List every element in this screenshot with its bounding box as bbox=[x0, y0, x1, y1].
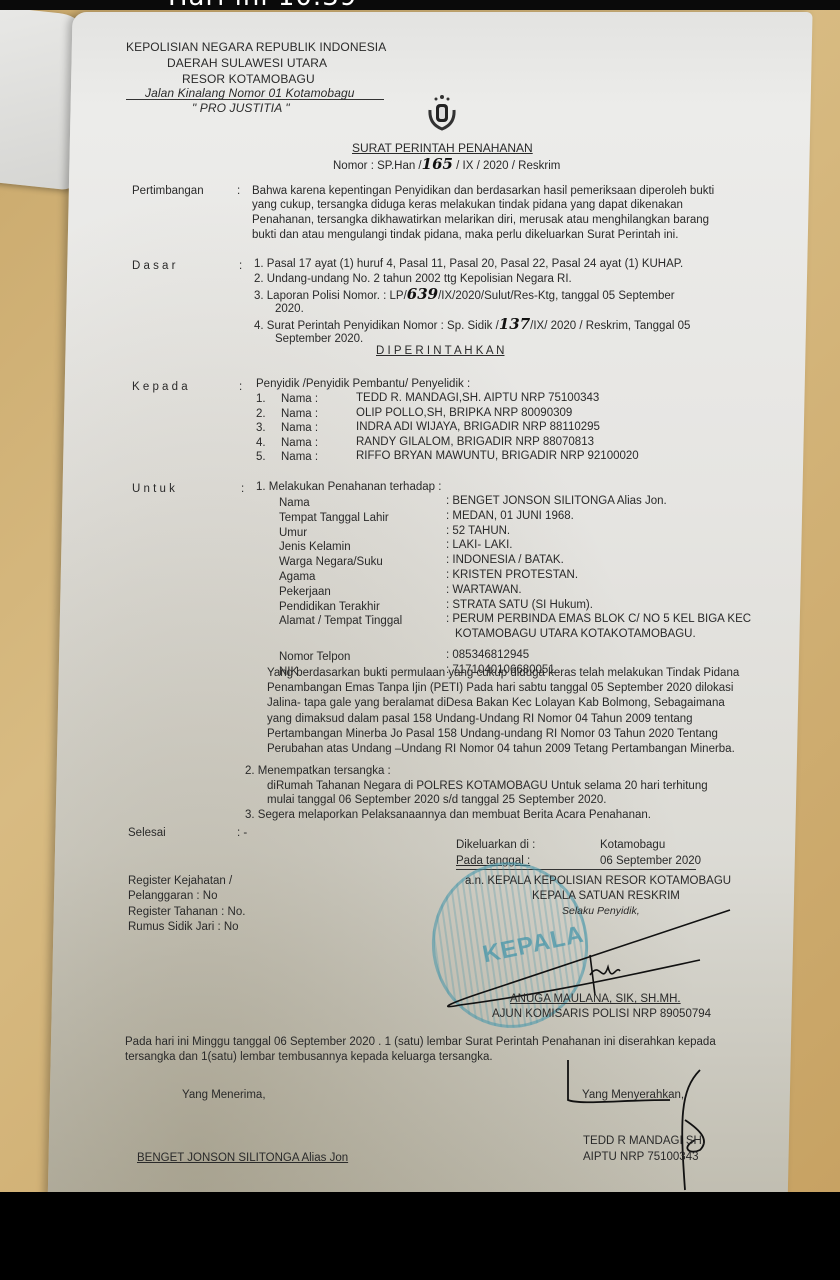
issued-place-value: Kotamobagu bbox=[600, 838, 665, 852]
bottom-black-area bbox=[0, 1192, 840, 1280]
diperintahkan-heading: D I P E R I N T A H K A N bbox=[376, 344, 504, 358]
document-number: Nomor : SP.Han /165 / IX / 2020 / Reskri… bbox=[333, 157, 560, 173]
dasar-label: D a s a r bbox=[132, 259, 175, 273]
suspect-field-value: : INDONESIA / BATAK. bbox=[446, 553, 564, 567]
header-motto: " PRO JUSTITIA " bbox=[192, 101, 290, 115]
officer-label: Nama : bbox=[281, 392, 318, 406]
suspect-field-label: Alamat / Tempat Tinggal bbox=[279, 614, 402, 628]
offense-paragraph-line: Perubahan atas Undang –Undang RI Nomor 0… bbox=[267, 742, 735, 756]
officer-number: 3. bbox=[256, 421, 266, 435]
officer-number: 1. bbox=[256, 392, 266, 406]
document-title: SURAT PERINTAH PENAHANAN bbox=[352, 141, 533, 155]
pertimbangan-line: Bahwa karena kepentingan Penyidikan dan … bbox=[252, 184, 714, 198]
offense-paragraph-line: Pertambangan Minerba Jo Pasal 158 Undang… bbox=[267, 727, 718, 741]
pertimbangan-line: bukti dan atau mengulangi tindak pidana,… bbox=[252, 228, 678, 242]
suspect-field-value: : MEDAN, 01 JUNI 1968. bbox=[446, 509, 574, 523]
register-line: Register Kejahatan / bbox=[128, 874, 232, 888]
status-text: Hari ini 10.39 bbox=[168, 0, 357, 12]
register-line: Register Tahanan : No. bbox=[128, 905, 245, 919]
status-bar bbox=[0, 0, 840, 10]
officer-value: TEDD R. MANDAGI,SH. AIPTU NRP 75100343 bbox=[356, 391, 599, 405]
suspect-field-value: : KRISTEN PROTESTAN. bbox=[446, 568, 578, 582]
officer-value: OLIP POLLO,SH, BRIPKA NRP 80090309 bbox=[356, 406, 572, 420]
suspect-field-label: Jenis Kelamin bbox=[279, 540, 351, 554]
issued-place-label: Dikeluarkan di : bbox=[456, 838, 535, 852]
suspect-field-label: Warga Negara/Suku bbox=[279, 555, 383, 569]
signatory-line: KEPALA SATUAN RESKRIM bbox=[532, 889, 680, 903]
untuk-item-2-line: mulai tanggal 06 September 2020 s/d tang… bbox=[267, 793, 607, 807]
untuk-label: U n t u k bbox=[132, 482, 175, 496]
suspect-field-label: Agama bbox=[279, 570, 315, 584]
officer-value: INDRA ADI WIJAYA, BRIGADIR NRP 88110295 bbox=[356, 420, 600, 434]
header-institution: KEPOLISIAN NEGARA REPUBLIK INDONESIA bbox=[126, 40, 386, 54]
officer-label: Nama : bbox=[281, 436, 318, 450]
untuk-item-2-line: diRumah Tahanan Negara di POLRES KOTAMOB… bbox=[267, 779, 792, 793]
suspect-field-label: Umur bbox=[279, 526, 307, 540]
offense-paragraph-line: Jalina- tapa gale yang beralamat diDesa … bbox=[267, 696, 725, 710]
officer-label: Nama : bbox=[281, 450, 318, 464]
untuk-item-3: 3. Segera melaporkan Pelaksanaannya dan … bbox=[245, 808, 651, 822]
kepada-intro: Penyidik /Penyidik Pembantu/ Penyelidik … bbox=[256, 377, 470, 391]
dasar-item: 1. Pasal 17 ayat (1) huruf 4, Pasal 11, … bbox=[254, 257, 683, 271]
untuk-item-2: 2. Menempatkan tersangka : bbox=[245, 764, 391, 778]
dasar-item: 4. Surat Perintah Penyidikan Nomor : Sp.… bbox=[254, 317, 690, 333]
dasar-item: 2020. bbox=[275, 302, 304, 316]
dasar-item: September 2020. bbox=[275, 332, 363, 346]
suspect-field-label: Tempat Tanggal Lahir bbox=[279, 511, 389, 525]
suspect-field-value: : BENGET JONSON SILITONGA Alias Jon. bbox=[446, 494, 667, 508]
selesai-label: Selesai bbox=[128, 826, 166, 840]
officer-number: 4. bbox=[256, 436, 266, 450]
receiver-label: Yang Menerima, bbox=[182, 1088, 266, 1102]
detention-order-document: KEPOLISIAN NEGARA REPUBLIK INDONESIA DAE… bbox=[0, 0, 840, 1192]
suspect-field-value: : LAKI- LAKI. bbox=[446, 538, 512, 552]
selesai-value: : - bbox=[237, 826, 247, 840]
suspect-field-value: : 085346812945 bbox=[446, 648, 529, 662]
suspect-field-value: : WARTAWAN. bbox=[446, 583, 522, 597]
closing-line: Pada hari ini Minggu tanggal 06 Septembe… bbox=[125, 1035, 716, 1049]
suspect-field-label: Pekerjaan bbox=[279, 585, 331, 599]
officer-value: RIFFO BRYAN MAWUNTU, BRIGADIR NRP 921000… bbox=[356, 449, 639, 463]
police-emblem-icon bbox=[425, 92, 459, 132]
officer-label: Nama : bbox=[281, 421, 318, 435]
register-line: Pelanggaran : No bbox=[128, 889, 218, 903]
closing-line: tersangka dan 1(satu) lembar tembusannya… bbox=[125, 1050, 493, 1064]
offense-paragraph-line: yang dimaksud dalam pasal 158 Undang-Und… bbox=[267, 712, 693, 726]
offense-paragraph-line: Penambangan Emas Tanpa Ijin (PETI) Pada … bbox=[267, 681, 733, 695]
giver-rank: AIPTU NRP 75100343 bbox=[583, 1150, 699, 1164]
suspect-field-label: Nomor Telpon bbox=[279, 650, 350, 664]
signatory-line: a.n. KEPALA KEPOLISIAN RESOR KOTAMOBAGU bbox=[465, 874, 731, 888]
receiver-name: BENGET JONSON SILITONGA Alias Jon bbox=[137, 1151, 348, 1165]
register-line: Rumus Sidik Jari : No bbox=[128, 920, 239, 934]
issued-date-value: 06 September 2020 bbox=[600, 854, 701, 868]
untuk-item-1: 1. Melakukan Penahanan terhadap : bbox=[256, 480, 441, 494]
suspect-field-value: : STRATA SATU (SI Hukum). bbox=[446, 598, 593, 612]
signatory-rank: AJUN KOMISARIS POLISI NRP 89050794 bbox=[492, 1007, 711, 1021]
kepada-label: K e p a d a bbox=[132, 380, 188, 394]
suspect-field-value: : PERUM PERBINDA EMAS BLOK C/ NO 5 KEL B… bbox=[446, 612, 751, 626]
officer-number: 2. bbox=[256, 407, 266, 421]
dasar-item: 3. Laporan Polisi Nomor. : LP/639/IX/202… bbox=[254, 287, 675, 303]
giver-name: TEDD R MANDAGI SH. bbox=[583, 1134, 705, 1148]
officer-value: RANDY GILALOM, BRIGADIR NRP 88070813 bbox=[356, 435, 594, 449]
giver-signature-icon bbox=[560, 1060, 720, 1192]
offense-paragraph-line: Yang berdasarkan bukti permulaan yang cu… bbox=[267, 666, 739, 680]
header-region: DAERAH SULAWESI UTARA bbox=[167, 56, 327, 70]
signatory-name: ANUGA MAULANA, SIK, SH.MH. bbox=[510, 992, 681, 1006]
suspect-field-value: : 52 TAHUN. bbox=[446, 524, 510, 538]
header-address: Jalan Kinalang Nomor 01 Kotamobagu bbox=[145, 86, 355, 100]
handwritten-number: 165 bbox=[422, 155, 453, 173]
suspect-field-value: KOTAMOBAGU UTARA KOTAKOTAMOBAGU. bbox=[455, 627, 696, 641]
officer-label: Nama : bbox=[281, 407, 318, 421]
pertimbangan-line: yang cukup, tersangka diduga keras melak… bbox=[252, 198, 683, 212]
pertimbangan-line: Penahanan, tersangka dikhawatirkan melar… bbox=[252, 213, 709, 227]
pertimbangan-label: Pertimbangan bbox=[132, 184, 204, 198]
dasar-item: 2. Undang-undang No. 2 tahun 2002 ttg Ke… bbox=[254, 272, 572, 286]
suspect-field-label: Pendidikan Terakhir bbox=[279, 600, 380, 614]
suspect-field-label: Nama bbox=[279, 496, 310, 510]
photo-background: KEPOLISIAN NEGARA REPUBLIK INDONESIA DAE… bbox=[0, 0, 840, 1192]
officer-number: 5. bbox=[256, 450, 266, 464]
header-resort: RESOR KOTAMOBAGU bbox=[182, 72, 315, 86]
